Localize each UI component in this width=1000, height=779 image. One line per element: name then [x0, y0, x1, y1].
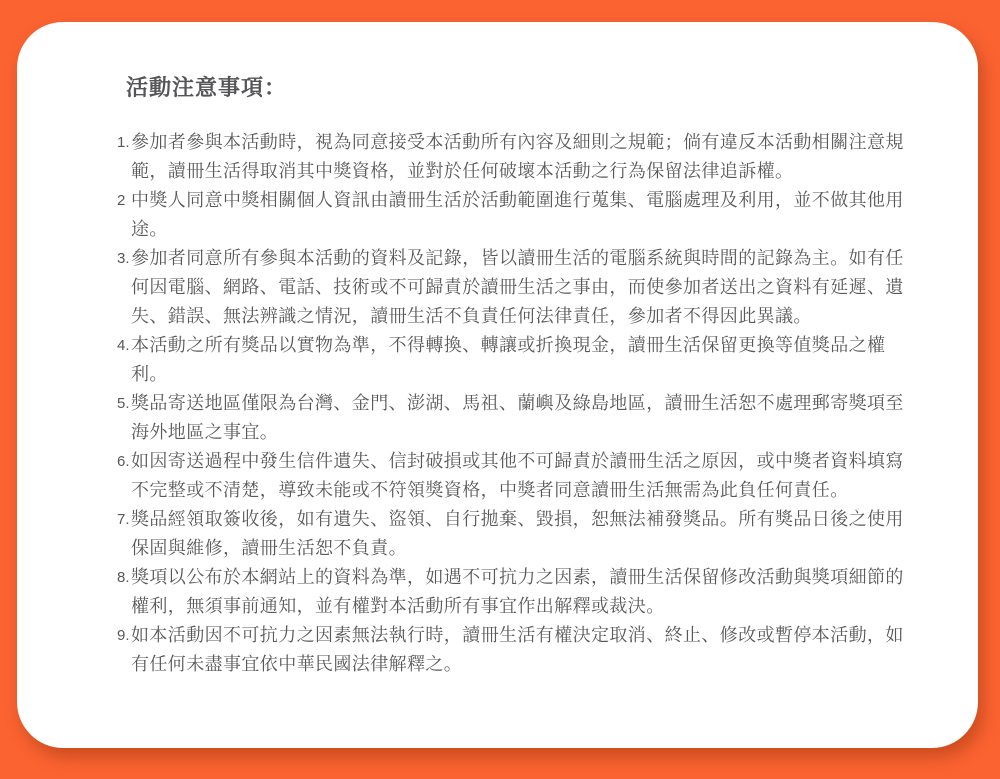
term-item-3: 3. 參加者同意所有參與本活動的資料及記錄，皆以讀冊生活的電腦系統與時間的記錄為… [117, 244, 907, 331]
term-text: 參加者同意所有參與本活動的資料及記錄，皆以讀冊生活的電腦系統與時間的記錄為主。如… [131, 244, 907, 331]
term-text: 如因寄送過程中發生信件遺失、信封破損或其他不可歸責於讀冊生活之原因，或中獎者資料… [131, 447, 907, 505]
term-number: 3. [117, 244, 131, 273]
term-item-9: 9. 如本活動因不可抗力之因素無法執行時，讀冊生活有權決定取消、終止、修改或暫停… [117, 621, 907, 679]
term-item-8: 8. 獎項以公布於本網站上的資料為準，如遇不可抗力之因素，讀冊生活保留修改活動與… [117, 563, 907, 621]
notice-title: 活動注意事項： [126, 75, 287, 101]
term-number: 9. [117, 621, 131, 650]
term-text: 獎品寄送地區僅限為台灣、金門、澎湖、馬祖、蘭嶼及綠島地區，讀冊生活恕不處理郵寄獎… [131, 389, 907, 447]
term-text: 本活動之所有獎品以實物為準，不得轉換、轉讓或折換現金，讀冊生活保留更換等值獎品之… [131, 331, 907, 389]
term-text: 如本活動因不可抗力之因素無法執行時，讀冊生活有權決定取消、終止、修改或暫停本活動… [131, 621, 907, 679]
terms-list: 1. 參加者參與本活動時，視為同意接受本活動所有內容及細則之規範；倘有違反本活動… [117, 128, 907, 679]
term-number: 5. [117, 389, 131, 418]
notice-card: 活動注意事項： 1. 參加者參與本活動時，視為同意接受本活動所有內容及細則之規範… [17, 22, 978, 748]
term-item-6: 6. 如因寄送過程中發生信件遺失、信封破損或其他不可歸責於讀冊生活之原因，或中獎… [117, 447, 907, 505]
term-item-7: 7. 獎品經領取簽收後，如有遺失、盜領、自行拋棄、毀損，恕無法補發獎品。所有獎品… [117, 505, 907, 563]
term-text: 獎品經領取簽收後，如有遺失、盜領、自行拋棄、毀損，恕無法補發獎品。所有獎品日後之… [131, 505, 907, 563]
term-text: 獎項以公布於本網站上的資料為準，如遇不可抗力之因素，讀冊生活保留修改活動與獎項細… [131, 563, 907, 621]
term-number: 7. [117, 505, 131, 534]
term-number: 8. [117, 563, 131, 592]
term-item-2: 2 中獎人同意中獎相關個人資訊由讀冊生活於活動範圍進行蒐集、電腦處理及利用，並不… [117, 186, 907, 244]
term-number: 1. [117, 128, 131, 157]
term-number: 4. [117, 331, 131, 360]
term-text: 參加者參與本活動時，視為同意接受本活動所有內容及細則之規範；倘有違反本活動相關注… [131, 128, 907, 186]
term-item-4: 4. 本活動之所有獎品以實物為準，不得轉換、轉讓或折換現金，讀冊生活保留更換等值… [117, 331, 907, 389]
term-text: 中獎人同意中獎相關個人資訊由讀冊生活於活動範圍進行蒐集、電腦處理及利用，並不做其… [131, 186, 907, 244]
term-number: 6. [117, 447, 131, 476]
term-number: 2 [117, 186, 131, 215]
term-item-5: 5. 獎品寄送地區僅限為台灣、金門、澎湖、馬祖、蘭嶼及綠島地區，讀冊生活恕不處理… [117, 389, 907, 447]
term-item-1: 1. 參加者參與本活動時，視為同意接受本活動所有內容及細則之規範；倘有違反本活動… [117, 128, 907, 186]
